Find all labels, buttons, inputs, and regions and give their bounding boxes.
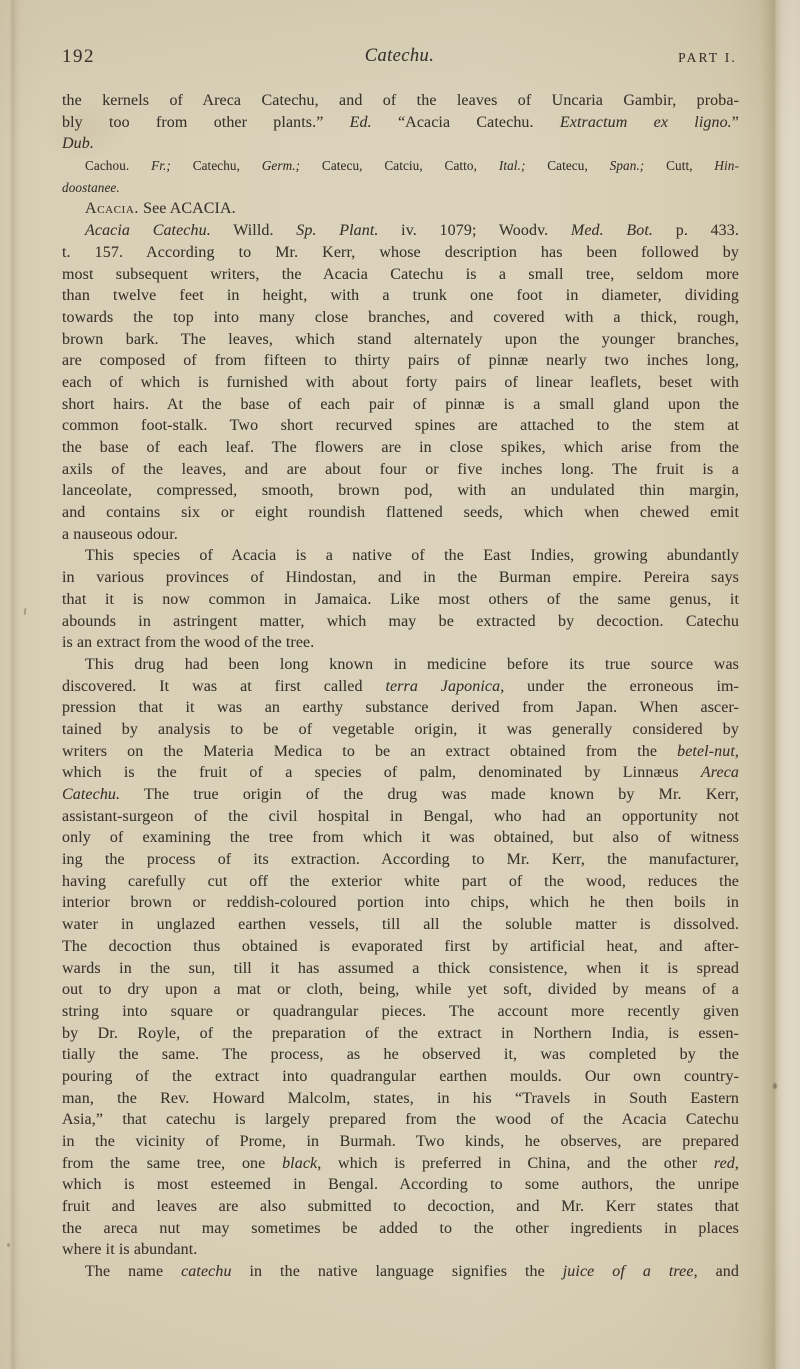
italic-run: black — [282, 1155, 317, 1172]
text-run: lanceolate, compressed, smooth, brown po… — [62, 482, 739, 499]
text-line: Catechu. The true origin of the drug was… — [62, 784, 739, 806]
text-run: the areca nut may sometimes be added to … — [62, 1220, 739, 1237]
text-line: wards in the sun, till it has assumed a … — [62, 958, 739, 980]
text-run: man, the Rev. Howard Malcolm, states, in… — [62, 1090, 739, 1107]
italic-run: Fr.; — [151, 158, 171, 173]
text-line: tained by analysis to be of vegetable or… — [62, 719, 739, 741]
text-line: axils of the leaves, and are about four … — [62, 459, 739, 481]
italic-run: Acacia Catechu. — [85, 222, 211, 239]
text-run: only of examining the tree from which it… — [62, 829, 739, 846]
text-run: axils of the leaves, and are about four … — [62, 461, 739, 478]
italic-run: Ed. — [350, 114, 372, 131]
text-line: string into square or quadrangular piece… — [62, 1001, 739, 1023]
text-line: short hairs. At the base of each pair of… — [62, 394, 739, 416]
text-run: pression that it was an earthy substance… — [62, 699, 739, 716]
text-line: most subsequent writers, the Acacia Cate… — [62, 264, 739, 286]
text-run: from the same tree, one — [62, 1155, 282, 1172]
text-run: Catechu, — [171, 158, 262, 173]
italic-run: Hin- — [714, 158, 739, 173]
text-line: water in unglazed earthen vessels, till … — [62, 914, 739, 936]
text-line: from the same tree, one black, which is … — [62, 1153, 739, 1175]
text-line: This species of Acacia is a native of th… — [62, 545, 739, 567]
text-run: , — [735, 1155, 739, 1172]
italic-run: Areca — [701, 764, 739, 781]
text-line: Acacia. See ACACIA. — [62, 198, 739, 220]
text-run: which is most esteemed in Bengal. Accord… — [62, 1176, 739, 1193]
text-run: in the native language signifies the — [232, 1263, 563, 1280]
page-body: the kernels of Areca Catechu, and of the… — [62, 90, 739, 1283]
text-run: Cachou. — [85, 158, 151, 173]
text-run: having carefully cut off the exterior wh… — [62, 873, 739, 890]
text-line: writers on the Materia Medica to be an e… — [62, 741, 739, 763]
italic-run: betel-nut — [677, 743, 735, 760]
text-line: is an extract from the wood of the tree. — [62, 632, 739, 654]
text-line: The decoction thus obtained is evaporate… — [62, 936, 739, 958]
text-line: tially the same. The process, as he obse… — [62, 1044, 739, 1066]
text-run: by Dr. Royle, of the preparation of the … — [62, 1025, 739, 1042]
text-line: towards the top into many close branches… — [62, 307, 739, 329]
text-run: and contains six or eight roundish flatt… — [62, 504, 739, 521]
text-run: ing the process of its extraction. Accor… — [62, 851, 739, 868]
text-run: The name — [85, 1263, 181, 1280]
text-line: man, the Rev. Howard Malcolm, states, in… — [62, 1088, 739, 1110]
text-run: “Acacia Catechu. — [372, 114, 560, 131]
text-run: Cutt, — [644, 158, 714, 173]
text-line: pression that it was an earthy substance… — [62, 697, 739, 719]
paper-speck — [7, 1243, 10, 1247]
italic-run: Dub. — [62, 135, 94, 152]
text-line: assistant-surgeon of the civil hospital … — [62, 806, 739, 828]
text-line: discovered. It was at first called terra… — [62, 676, 739, 698]
text-line: which is most esteemed in Bengal. Accord… — [62, 1174, 739, 1196]
text-run: the base of each leaf. The flowers are i… — [62, 439, 739, 456]
text-run: Willd. — [211, 222, 296, 239]
italic-run: juice of a tree — [563, 1263, 694, 1280]
text-line: Acacia Catechu. Willd. Sp. Plant. iv. 10… — [62, 220, 739, 242]
text-line: than twelve feet in height, with a trunk… — [62, 285, 739, 307]
text-run: This species of Acacia is a native of th… — [85, 547, 739, 564]
text-run: that it is now common in Jamaica. Like m… — [62, 591, 739, 608]
text-run: brown bark. The leaves, which stand alte… — [62, 331, 739, 348]
text-run: towards the top into many close branches… — [62, 309, 739, 326]
text-line: in the vicinity of Prome, in Burmah. Two… — [62, 1131, 739, 1153]
italic-run: doostanee. — [62, 180, 120, 195]
text-run: most subsequent writers, the Acacia Cate… — [62, 266, 739, 283]
page-number: 192 — [62, 46, 95, 68]
text-run: , under the erroneous im- — [500, 678, 739, 695]
text-run: Asia,” that catechu is largely prepared … — [62, 1111, 739, 1128]
text-line: a nauseous odour. — [62, 524, 739, 546]
text-line: that it is now common in Jamaica. Like m… — [62, 589, 739, 611]
text-line: are composed of from fifteen to thirty p… — [62, 350, 739, 372]
text-run: ” — [732, 114, 739, 131]
text-line: the areca nut may sometimes be added to … — [62, 1218, 739, 1240]
text-line: fruit and leaves are also submitted to d… — [62, 1196, 739, 1218]
text-run: in various provinces of Hindostan, and i… — [62, 569, 739, 586]
text-run: See ACACIA. — [139, 200, 236, 217]
text-run: abounds in astringent matter, which may … — [62, 613, 739, 630]
text-run: wards in the sun, till it has assumed a … — [62, 960, 739, 977]
text-line: by Dr. Royle, of the preparation of the … — [62, 1023, 739, 1045]
text-line: t. 157. According to Mr. Kerr, whose des… — [62, 242, 739, 264]
text-line: having carefully cut off the exterior wh… — [62, 871, 739, 893]
text-run: short hairs. At the base of each pair of… — [62, 396, 739, 413]
text-run: discovered. It was at first called — [62, 678, 385, 695]
book-page: 192 Catechu. PART I. the kernels of Arec… — [0, 0, 800, 1369]
text-line: only of examining the tree from which it… — [62, 827, 739, 849]
text-line: the kernels of Areca Catechu, and of the… — [62, 90, 739, 112]
text-line: doostanee. — [62, 177, 739, 199]
text-run: assistant-surgeon of the civil hospital … — [62, 808, 739, 825]
text-run: , and — [694, 1263, 739, 1280]
text-line: where it is abundant. — [62, 1239, 739, 1261]
text-line: lanceolate, compressed, smooth, brown po… — [62, 480, 739, 502]
text-run: , — [735, 743, 739, 760]
page-header: 192 Catechu. PART I. — [62, 46, 737, 70]
text-line: which is the fruit of a species of palm,… — [62, 762, 739, 784]
paper-speck — [24, 608, 27, 615]
text-run: tained by analysis to be of vegetable or… — [62, 721, 739, 738]
text-line: This drug had been long known in medicin… — [62, 654, 739, 676]
text-run: iv. 1079; Woodv. — [379, 222, 571, 239]
italic-run: Catechu. — [62, 786, 120, 803]
text-run: are composed of from fifteen to thirty p… — [62, 352, 739, 369]
italic-run: Germ.; — [262, 158, 300, 173]
text-run: which is the fruit of a species of palm,… — [62, 764, 701, 781]
small-caps-run: Acacia. — [85, 200, 139, 217]
italic-run: terra Japonica — [385, 678, 500, 695]
text-run: p. 433. — [653, 222, 739, 239]
text-run: in the vicinity of Prome, in Burmah. Two… — [62, 1133, 739, 1150]
text-run: the kernels of Areca Catechu, and of the… — [62, 92, 739, 109]
text-line: in various provinces of Hindostan, and i… — [62, 567, 739, 589]
text-run: This drug had been long known in medicin… — [85, 656, 739, 673]
text-line: brown bark. The leaves, which stand alte… — [62, 329, 739, 351]
text-run: tially the same. The process, as he obse… — [62, 1046, 739, 1063]
text-run: bly too from other plants.” — [62, 114, 350, 131]
text-line: abounds in astringent matter, which may … — [62, 611, 739, 633]
part-label: PART I. — [678, 50, 737, 66]
italic-run: Span.; — [610, 158, 645, 173]
text-run: The true origin of the drug was made kno… — [120, 786, 739, 803]
text-run: water in unglazed earthen vessels, till … — [62, 916, 739, 933]
text-line: Dub. — [62, 133, 739, 155]
text-run: writers on the Materia Medica to be an e… — [62, 743, 677, 760]
text-line: and contains six or eight roundish flatt… — [62, 502, 739, 524]
text-run: is an extract from the wood of the tree. — [62, 634, 314, 651]
text-line: Cachou. Fr.; Catechu, Germ.; Catecu, Cat… — [62, 155, 739, 177]
text-run: , which is preferred in China, and the o… — [317, 1155, 714, 1172]
italic-run: red — [714, 1155, 735, 1172]
text-run: each of which is furnished with about fo… — [62, 374, 739, 391]
italic-run: Extractum ex ligno. — [560, 114, 732, 131]
text-line: each of which is furnished with about fo… — [62, 372, 739, 394]
running-title: Catechu. — [365, 46, 434, 67]
text-run: a nauseous odour. — [62, 526, 178, 543]
text-line: Asia,” that catechu is largely prepared … — [62, 1109, 739, 1131]
text-line: out to dry upon a mat or cloth, being, w… — [62, 979, 739, 1001]
text-run: pouring of the extract into quadrangular… — [62, 1068, 739, 1085]
italic-run: Ital.; — [499, 158, 526, 173]
text-run: t. 157. According to Mr. Kerr, whose des… — [62, 244, 739, 261]
text-run: interior brown or reddish-coloured porti… — [62, 894, 739, 911]
text-line: ing the process of its extraction. Accor… — [62, 849, 739, 871]
text-line: common foot-stalk. Two short recurved sp… — [62, 415, 739, 437]
text-run: out to dry upon a mat or cloth, being, w… — [62, 981, 739, 998]
text-run: string into square or quadrangular piece… — [62, 1003, 739, 1020]
text-run: Catecu, — [525, 158, 609, 173]
text-run: Catecu, Catciu, Catto, — [300, 158, 499, 173]
text-run: than twelve feet in height, with a trunk… — [62, 287, 739, 304]
text-run: common foot-stalk. Two short recurved sp… — [62, 417, 739, 434]
text-line: bly too from other plants.” Ed. “Acacia … — [62, 112, 739, 134]
text-line: interior brown or reddish-coloured porti… — [62, 892, 739, 914]
text-run: fruit and leaves are also submitted to d… — [62, 1198, 739, 1215]
paper-speck — [773, 1083, 777, 1089]
text-run: The decoction thus obtained is evaporate… — [62, 938, 739, 955]
italic-run: catechu — [181, 1263, 231, 1280]
text-line: the base of each leaf. The flowers are i… — [62, 437, 739, 459]
text-line: pouring of the extract into quadrangular… — [62, 1066, 739, 1088]
text-line: The name catechu in the native language … — [62, 1261, 739, 1283]
italic-run: Med. Bot. — [571, 222, 653, 239]
italic-run: Sp. Plant. — [296, 222, 378, 239]
text-run: where it is abundant. — [62, 1241, 197, 1258]
